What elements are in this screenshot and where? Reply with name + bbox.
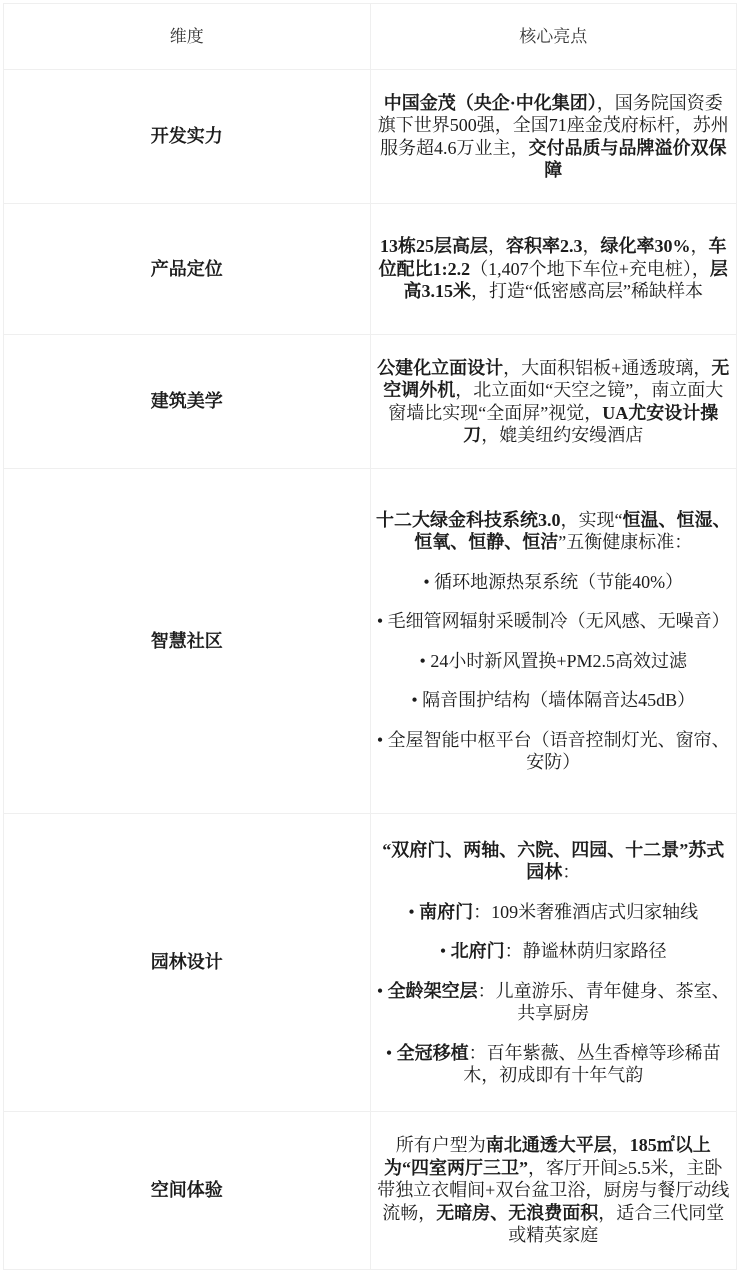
header-cell-dimension: 维度 [4,4,371,70]
bullet-item: • 24小时新风置换+PM2.5高效过滤 [376,650,732,673]
paragraph: 13栋25层高层，容积率2.3，绿化率30%，车位配比1:2.2（1,407个地… [376,235,732,303]
header-cell-highlights: 核心亮点 [370,4,737,70]
bullet-item: • 毛细管网辐射采暖制冷（无风感、无噪音） [376,610,732,633]
paragraph: 十二大绿金科技系统3.0，实现“恒温、恒湿、恒氧、恒静、恒洁”五衡健康标准： [376,509,732,554]
bullet-item: • 全屋智能中枢平台（语音控制灯光、窗帘、安防） [376,729,732,774]
header-row: 维度 核心亮点 [4,4,737,70]
bullet-item: • 全冠移植：百年紫薇、丛生香樟等珍稀苗木，初成即有十年气韵 [376,1042,732,1087]
table-row-product-positioning: 产品定位 13栋25层高层，容积率2.3，绿化率30%，车位配比1:2.2（1,… [4,204,737,335]
table-row-development-strength: 开发实力 中国金茂（央企·中化集团），国务院国资委旗下世界500强，全国71座金… [4,70,737,204]
table-row-space-experience: 空间体验 所有户型为南北通透大平层，185㎡以上为“四室两厅三卫”，客厅开间≥5… [4,1112,737,1270]
highlights-cell: 中国金茂（央企·中化集团），国务院国资委旗下世界500强，全国71座金茂府标杆，… [370,70,737,204]
table-row-architectural-aesthetics: 建筑美学 公建化立面设计，大面积铝板+通透玻璃，无空调外机，北立面如“天空之镜”… [4,335,737,469]
dimension-cell: 园林设计 [4,814,371,1112]
page: 维度 核心亮点 开发实力 中国金茂（央企·中化集团），国务院国资委旗下世界500… [0,0,740,1273]
highlights-cell: “双府门、两轴、六院、四园、十二景”苏式园林：• 南府门：109米奢雅酒店式归家… [370,814,737,1112]
paragraph: 所有户型为南北通透大平层，185㎡以上为“四室两厅三卫”，客厅开间≥5.5米，主… [376,1134,732,1247]
paragraph: “双府门、两轴、六院、四园、十二景”苏式园林： [376,839,732,884]
bullet-item: • 北府门：静谧林荫归家路径 [376,940,732,963]
highlights-cell: 13栋25层高层，容积率2.3，绿化率30%，车位配比1:2.2（1,407个地… [370,204,737,335]
comparison-table: 维度 核心亮点 开发实力 中国金茂（央企·中化集团），国务院国资委旗下世界500… [3,3,737,1270]
dimension-cell: 开发实力 [4,70,371,204]
bullet-item: • 南府门：109米奢雅酒店式归家轴线 [376,901,732,924]
dimension-cell: 空间体验 [4,1112,371,1270]
dimension-cell: 产品定位 [4,204,371,335]
table-row-smart-community: 智慧社区 十二大绿金科技系统3.0，实现“恒温、恒湿、恒氧、恒静、恒洁”五衡健康… [4,469,737,814]
dimension-cell: 建筑美学 [4,335,371,469]
bullet-item: • 循环地源热泵系统（节能40%） [376,571,732,594]
table-row-landscape-design: 园林设计 “双府门、两轴、六院、四园、十二景”苏式园林：• 南府门：109米奢雅… [4,814,737,1112]
paragraph: 公建化立面设计，大面积铝板+通透玻璃，无空调外机，北立面如“天空之镜”，南立面大… [376,357,732,447]
highlights-cell: 所有户型为南北通透大平层，185㎡以上为“四室两厅三卫”，客厅开间≥5.5米，主… [370,1112,737,1270]
highlights-cell: 十二大绿金科技系统3.0，实现“恒温、恒湿、恒氧、恒静、恒洁”五衡健康标准：• … [370,469,737,814]
highlights-cell: 公建化立面设计，大面积铝板+通透玻璃，无空调外机，北立面如“天空之镜”，南立面大… [370,335,737,469]
bullet-item: • 隔音围护结构（墙体隔音达45dB） [376,689,732,712]
paragraph: 中国金茂（央企·中化集团），国务院国资委旗下世界500强，全国71座金茂府标杆，… [376,92,732,182]
bullet-item: • 全龄架空层：儿童游乐、青年健身、茶室、共享厨房 [376,980,732,1025]
dimension-cell: 智慧社区 [4,469,371,814]
